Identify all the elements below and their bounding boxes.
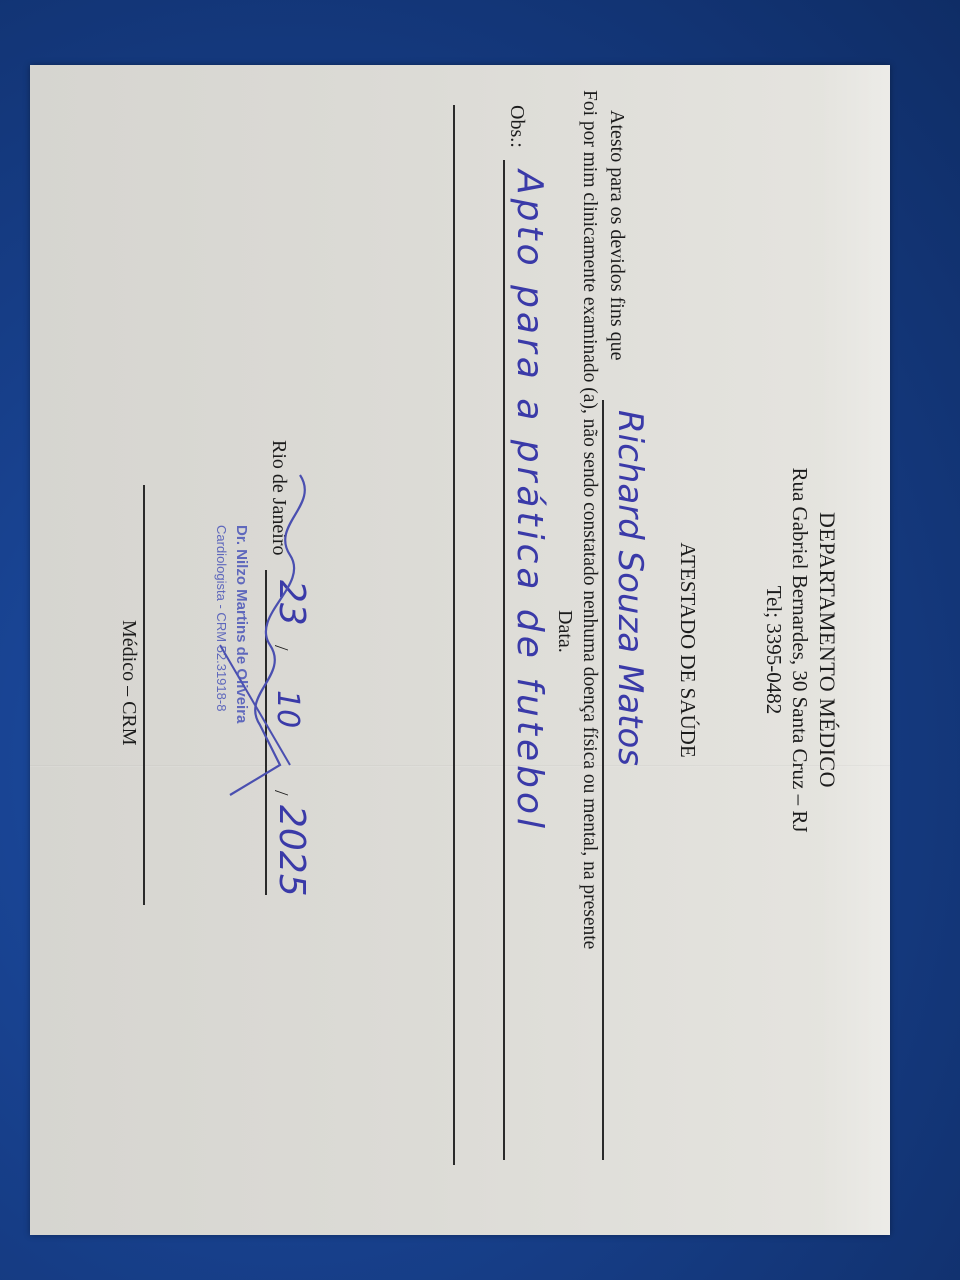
doctor-stamp: Dr. Nilzo Martins de Oliveira Cardiologi… <box>180 525 250 765</box>
obs-line-2 <box>454 105 456 1165</box>
stamp-doctor-name: Dr. Nilzo Martins de Oliveira <box>233 525 250 765</box>
attest-date-word: Data. <box>553 610 576 653</box>
department-address: Rua Gabriel Bernardes, 30 Santa Cruz – R… <box>787 65 812 1235</box>
attest-body: Foi por mim clinicamente examinado (a), … <box>578 90 600 949</box>
attest-prefix: Atesto para os devidos fins que <box>605 110 628 361</box>
signature-label: Médico – CRM <box>117 620 140 746</box>
obs-line-1 <box>504 160 506 1160</box>
medical-certificate-paper: DEPARTAMENTO MÉDICO Rua Gabriel Bernarde… <box>30 65 890 1235</box>
patient-name: Richard Souza Matos <box>610 410 650 766</box>
department-phone: Tel; 3395-0482 <box>761 65 786 1235</box>
patient-name-line <box>603 400 605 1160</box>
stamp-specialty-crm: Cardiologista - CRM 52.31918-8 <box>214 525 229 765</box>
signature-line <box>144 485 146 905</box>
obs-text: Apto para a prática de futebol <box>509 170 550 832</box>
background-document-text <box>900 0 960 1280</box>
department-heading: DEPARTAMENTO MÉDICO <box>814 65 840 1235</box>
obs-label: Obs.: <box>505 105 528 148</box>
certificate-title: ATESTADO DE SAÚDE <box>675 65 700 1235</box>
